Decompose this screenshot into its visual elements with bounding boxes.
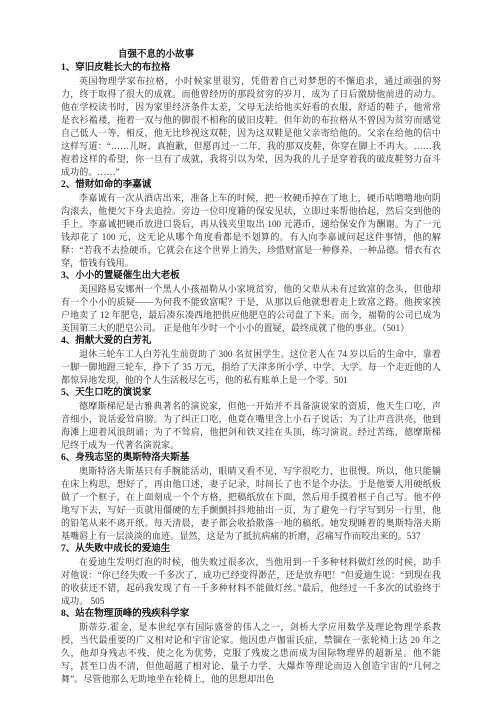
story-heading: 3、小小的置疑催生出大老板 (61, 270, 441, 283)
story-body: 英国物理学家布拉格，小时候家里很穷，凭借着自己对梦想的不懈追求，通过顽强的努力，… (61, 75, 441, 179)
story-heading: 2、惜财如命的李嘉诚 (61, 179, 441, 192)
story-heading: 6、身残志坚的奥斯特洛夫斯基 (61, 452, 441, 465)
sections-container: 1、穿旧皮鞋长大的布拉格 英国物理学家布拉格，小时候家里很穷，凭借着自己对梦想的… (61, 62, 441, 686)
story-section: 6、身残志坚的奥斯特洛夫斯基 奥斯特洛夫斯基只有手腕能活动，眼睛又看不见，写字很… (61, 452, 441, 543)
story-body: 退休三轮车工人白芳礼生前资助了 300 名贫困学生。这位老人在 74 岁以后的生… (61, 348, 441, 387)
story-section: 1、穿旧皮鞋长大的布拉格 英国物理学家布拉格，小时候家里很穷，凭借着自己对梦想的… (61, 62, 441, 179)
story-section: 2、惜财如命的李嘉诚 李嘉诚有一次从酒店出来，准备上车的时候，把一枚硬币掉在了地… (61, 179, 441, 270)
story-heading: 7、从失败中成长的爱迪生 (61, 543, 441, 556)
story-heading: 8、站在物理顶峰的残疾科学家 (61, 608, 441, 621)
story-section: 8、站在物理顶峰的残疾科学家 斯蒂芬.霍金，是本世纪享有国际盛誉的伟人之一，剑桥… (61, 608, 441, 686)
story-body: 斯蒂芬.霍金，是本世纪享有国际盛誉的伟人之一，剑桥大学应用数学及理论物理学系教授… (61, 621, 441, 686)
story-body: 德摩斯梯尼是古雅典著名的演说家，但他一开始并不具备演说家的资质，他天生口吃，声音… (61, 400, 441, 452)
story-body: 奥斯特洛夫斯基只有手腕能活动，眼睛又看不见，写字很吃力，也很慢。所以，他只能躺在… (61, 465, 441, 543)
document-page: 自强不息的小故事 1、穿旧皮鞋长大的布拉格 英国物理学家布拉格，小时候家里很穷，… (0, 0, 496, 702)
story-body: 在爱迪生发明灯泡的时候，他失败过很多次，当他用到一千多种材料做灯丝的时候，助手对… (61, 556, 441, 608)
story-section: 5、天生口吃的演说家 德摩斯梯尼是古雅典著名的演说家，但他一开始并不具备演说家的… (61, 387, 441, 452)
story-body: 美国路易安娜州一个黑人小孩福勒从小家境贫穷，他的父辈从未有过致富的念头，但他却有… (61, 283, 441, 335)
story-heading: 4、捐献大爱的白芳礼 (61, 335, 441, 348)
story-body: 李嘉诚有一次从酒店出来，准备上车的时候，把一枚硬币掉在了地上，硬币咕噜噜地向阴沟… (61, 192, 441, 270)
story-heading: 5、天生口吃的演说家 (61, 387, 441, 400)
story-heading: 1、穿旧皮鞋长大的布拉格 (61, 62, 441, 75)
page-title: 自强不息的小故事 (61, 49, 441, 62)
story-section: 3、小小的置疑催生出大老板 美国路易安娜州一个黑人小孩福勒从小家境贫穷，他的父辈… (61, 270, 441, 335)
story-section: 4、捐献大爱的白芳礼 退休三轮车工人白芳礼生前资助了 300 名贫困学生。这位老… (61, 335, 441, 387)
story-section: 7、从失败中成长的爱迪生 在爱迪生发明灯泡的时候，他失败过很多次，当他用到一千多… (61, 543, 441, 608)
